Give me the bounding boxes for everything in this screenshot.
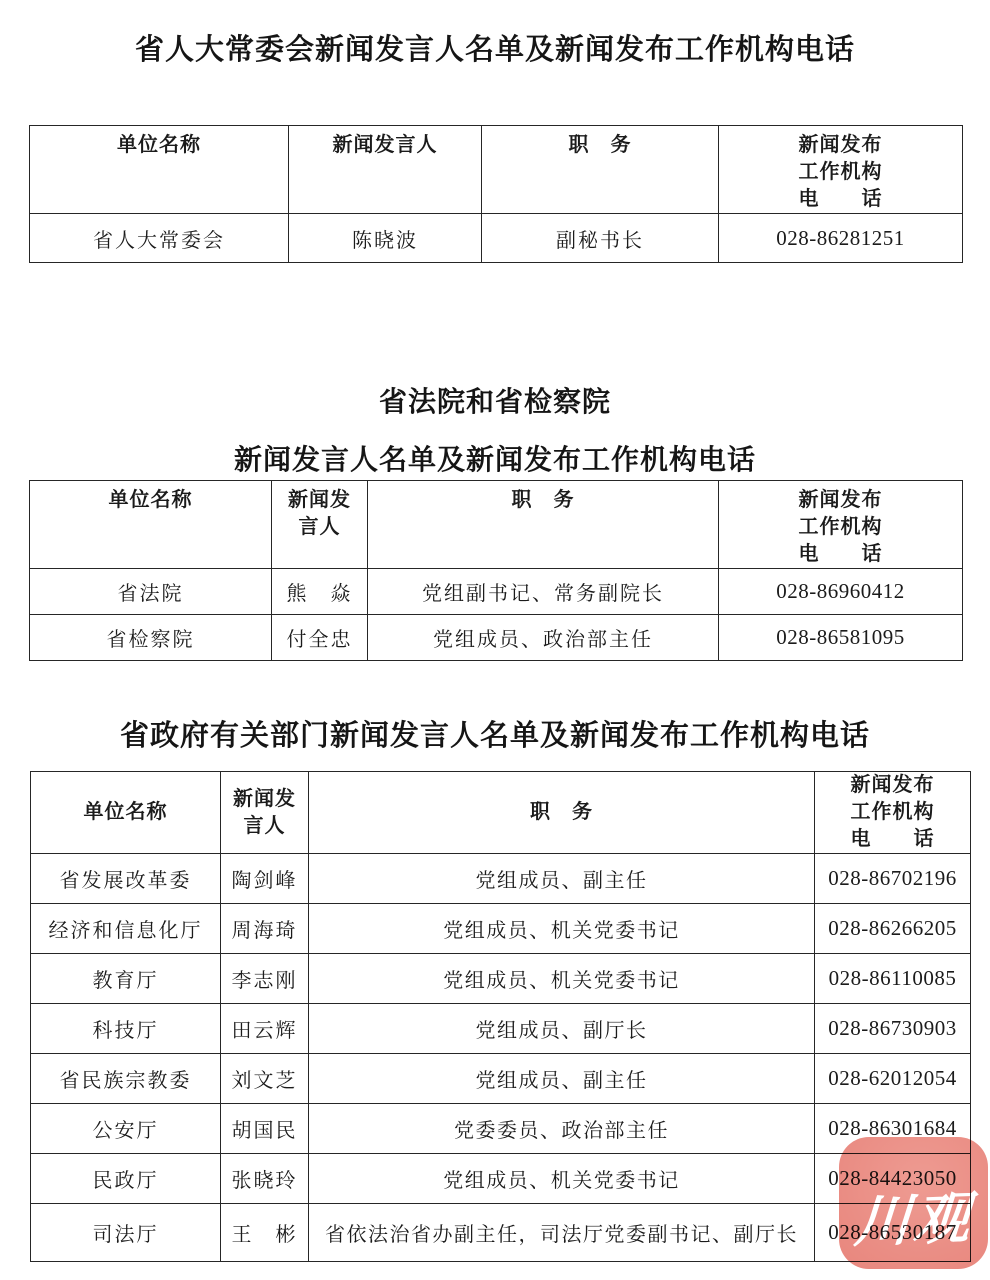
cell-duty: 党组成员、副主任 [309, 1054, 815, 1104]
header-spokesperson-line2: 言人 [221, 813, 308, 840]
cell-unit: 省发展改革委 [31, 854, 221, 904]
header-phone-line2: 工作机构 [719, 159, 962, 186]
cell-unit: 科技厅 [31, 1004, 221, 1054]
cell-speaker: 陶剑峰 [221, 854, 309, 904]
table-row: 省发展改革委陶剑峰党组成员、副主任028-86702196 [31, 854, 971, 904]
cell-duty: 省依法治省办副主任，司法厅党委副书记、副厅长 [309, 1204, 815, 1262]
courts-section-subtitle: 新闻发言人名单及新闻发布工作机构电话 [0, 444, 990, 476]
table-row: 司法厅王 彬省依法治省办副主任，司法厅党委副书记、副厅长028-86530187 [31, 1204, 971, 1262]
header-duty: 职 务 [482, 126, 719, 214]
cell-unit: 省法院 [30, 569, 272, 615]
cell-speaker: 胡国民 [221, 1104, 309, 1154]
cell-duty: 党组成员、副主任 [309, 854, 815, 904]
cell-duty: 副秘书长 [482, 214, 719, 263]
cell-speaker: 付全忠 [272, 615, 368, 661]
cell-speaker: 李志刚 [221, 954, 309, 1004]
header-row: 单位名称 新闻发 言人 职 务 新闻发布 工作机构 电 话 [30, 481, 963, 569]
header-phone-line2: 工作机构 [719, 514, 962, 541]
table-row: 科技厅田云辉党组成员、副厅长028-86730903 [31, 1004, 971, 1054]
cell-duty: 党委委员、政治部主任 [309, 1104, 815, 1154]
cell-phone: 028-86702196 [815, 854, 971, 904]
cell-unit: 省检察院 [30, 615, 272, 661]
cell-duty: 党组副书记、常务副院长 [368, 569, 719, 615]
header-phone-line1: 新闻发布 [815, 772, 970, 799]
header-duty: 职 务 [368, 481, 719, 569]
header-phone: 新闻发布 工作机构 电 话 [719, 481, 963, 569]
header-spokesperson: 新闻发言人 [289, 126, 482, 214]
courts-section-title: 省法院和省检察院 [0, 386, 990, 418]
gov-table-header: 单位名称 新闻发 言人 职 务 新闻发布 工作机构 电 话 [31, 772, 971, 854]
cell-speaker: 周海琦 [221, 904, 309, 954]
cell-unit: 民政厅 [31, 1154, 221, 1204]
cell-duty: 党组成员、副厅长 [309, 1004, 815, 1054]
table-row: 民政厅张晓玲党组成员、机关党委书记028-84423050 [31, 1154, 971, 1204]
chuanguan-logo-watermark: 川观 [839, 1137, 988, 1269]
gov-table-body: 省发展改革委陶剑峰党组成员、副主任028-86702196经济和信息化厅周海琦党… [31, 854, 971, 1262]
cell-speaker: 王 彬 [221, 1204, 309, 1262]
table-row: 省人大常委会陈晓波副秘书长028-86281251 [30, 214, 963, 263]
cell-duty: 党组成员、机关党委书记 [309, 1154, 815, 1204]
header-phone: 新闻发布 工作机构 电 话 [815, 772, 971, 854]
header-unit-name: 单位名称 [30, 126, 289, 214]
gov-table: 单位名称 新闻发 言人 职 务 新闻发布 工作机构 电 话 省发展改革委陶剑峰党… [30, 771, 971, 1262]
cell-unit: 司法厅 [31, 1204, 221, 1262]
header-unit-name: 单位名称 [30, 481, 272, 569]
header-phone-line3: 电 话 [815, 826, 970, 853]
table-row: 省检察院付全忠党组成员、政治部主任028-86581095 [30, 615, 963, 661]
header-spokesperson: 新闻发 言人 [272, 481, 368, 569]
header-phone: 新闻发布 工作机构 电 话 [719, 126, 963, 214]
cell-duty: 党组成员、机关党委书记 [309, 904, 815, 954]
cell-phone: 028-86730903 [815, 1004, 971, 1054]
cell-unit: 公安厅 [31, 1104, 221, 1154]
cell-phone: 028-86110085 [815, 954, 971, 1004]
table-row: 省法院熊 焱党组副书记、常务副院长028-86960412 [30, 569, 963, 615]
header-row: 单位名称 新闻发言人 职 务 新闻发布 工作机构 电 话 [30, 126, 963, 214]
header-spokesperson-line1: 新闻发 [272, 487, 367, 514]
cell-duty: 党组成员、政治部主任 [368, 615, 719, 661]
renda-section-title: 省人大常委会新闻发言人名单及新闻发布工作机构电话 [0, 0, 990, 66]
table-row: 经济和信息化厅周海琦党组成员、机关党委书记028-86266205 [31, 904, 971, 954]
cell-phone: 028-86281251 [719, 214, 963, 263]
cell-speaker: 田云辉 [221, 1004, 309, 1054]
cell-phone: 028-86266205 [815, 904, 971, 954]
cell-speaker: 张晓玲 [221, 1154, 309, 1204]
cell-duty: 党组成员、机关党委书记 [309, 954, 815, 1004]
renda-table: 单位名称 新闻发言人 职 务 新闻发布 工作机构 电 话 省人大常委会陈晓波副秘… [29, 125, 963, 263]
cell-phone: 028-86581095 [719, 615, 963, 661]
header-spokesperson-line1: 新闻发 [221, 786, 308, 813]
cell-speaker: 刘文芝 [221, 1054, 309, 1104]
table-row: 公安厅胡国民党委委员、政治部主任028-86301684 [31, 1104, 971, 1154]
renda-table-body: 省人大常委会陈晓波副秘书长028-86281251 [30, 214, 963, 263]
courts-table-body: 省法院熊 焱党组副书记、常务副院长028-86960412省检察院付全忠党组成员… [30, 569, 963, 661]
header-phone-line1: 新闻发布 [719, 487, 962, 514]
gov-section-title: 省政府有关部门新闻发言人名单及新闻发布工作机构电话 [0, 720, 990, 753]
header-row: 单位名称 新闻发 言人 职 务 新闻发布 工作机构 电 话 [31, 772, 971, 854]
courts-table: 单位名称 新闻发 言人 职 务 新闻发布 工作机构 电 话 省法院熊 焱党组副书… [29, 480, 963, 661]
cell-phone: 028-86960412 [719, 569, 963, 615]
cell-unit: 教育厅 [31, 954, 221, 1004]
header-phone-line3: 电 话 [719, 186, 962, 213]
courts-table-header: 单位名称 新闻发 言人 职 务 新闻发布 工作机构 电 话 [30, 481, 963, 569]
cell-unit: 经济和信息化厅 [31, 904, 221, 954]
document-page: 省人大常委会新闻发言人名单及新闻发布工作机构电话 单位名称 新闻发言人 职 务 … [0, 0, 990, 1262]
chuanguan-logo-text: 川观 [852, 1174, 976, 1258]
header-phone-line1: 新闻发布 [719, 132, 962, 159]
header-spokesperson: 新闻发 言人 [221, 772, 309, 854]
cell-speaker: 陈晓波 [289, 214, 482, 263]
table-row: 省民族宗教委刘文芝党组成员、副主任028-62012054 [31, 1054, 971, 1104]
header-phone-line2: 工作机构 [815, 799, 970, 826]
cell-phone: 028-62012054 [815, 1054, 971, 1104]
header-spokesperson-line2: 言人 [272, 514, 367, 541]
cell-unit: 省民族宗教委 [31, 1054, 221, 1104]
header-phone-line3: 电 话 [719, 541, 962, 568]
header-unit-name: 单位名称 [31, 772, 221, 854]
table-row: 教育厅李志刚党组成员、机关党委书记028-86110085 [31, 954, 971, 1004]
header-duty: 职 务 [309, 772, 815, 854]
cell-unit: 省人大常委会 [30, 214, 289, 263]
cell-speaker: 熊 焱 [272, 569, 368, 615]
renda-table-header: 单位名称 新闻发言人 职 务 新闻发布 工作机构 电 话 [30, 126, 963, 214]
